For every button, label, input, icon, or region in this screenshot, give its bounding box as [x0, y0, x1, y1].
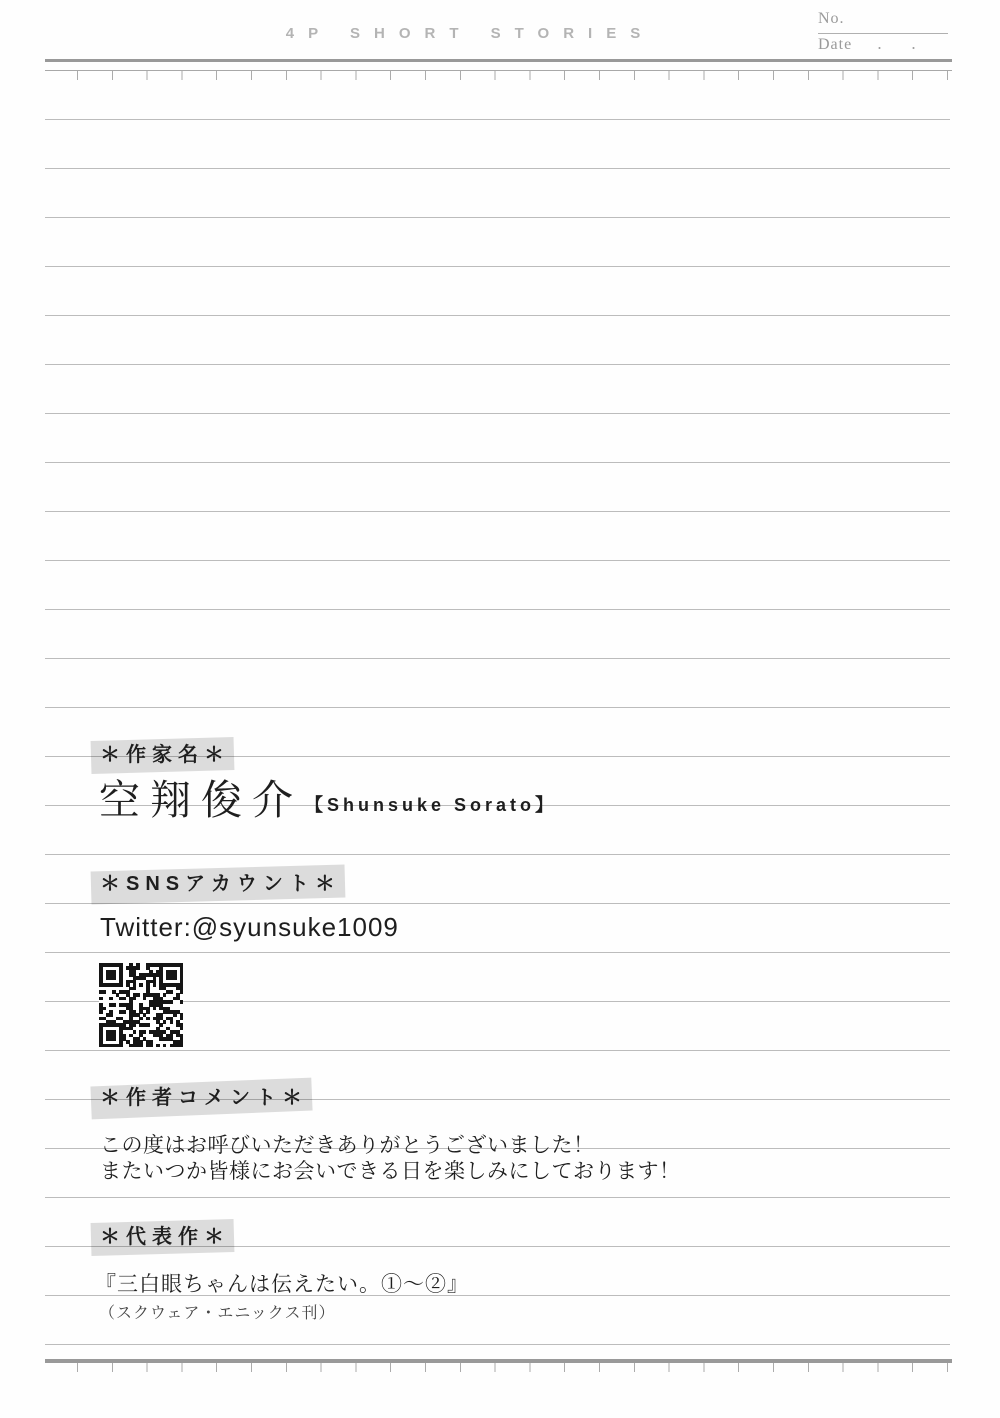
author-name-section-label: ＊作家名＊: [100, 742, 230, 768]
author-name-romaji: 【Shunsuke Sorato】: [305, 791, 557, 817]
twitter-handle: Twitter:@syunsuke1009: [100, 912, 399, 943]
date-separator-dot: ・: [874, 40, 885, 56]
page-title: 4P SHORT STORIES: [0, 25, 940, 42]
no-field-underline: [818, 33, 948, 34]
author-name-japanese: 空翔俊介: [99, 777, 303, 824]
author-comment-line: またいつか皆様にお会いできる日を楽しみにしております！: [100, 1159, 681, 1185]
author-comment-section-label: ＊作者コメント＊: [100, 1085, 308, 1111]
work-publisher: （スクウェア・エニックス刊）: [99, 1300, 336, 1323]
qr-code: [99, 963, 183, 1047]
sns-account-section-label: ＊SNSアカウント＊: [100, 871, 341, 897]
date-field-label: Date: [818, 36, 852, 54]
work-title: 『三白眼ちゃんは伝えたい。①〜②』: [95, 1268, 469, 1298]
author-comment-line: この度はお呼びいただきありがとうございました！: [100, 1133, 681, 1159]
representative-works-section-label: ＊代表作＊: [100, 1224, 230, 1250]
author-comment: この度はお呼びいただきありがとうございました！ またいつか皆様にお会いできる日を…: [100, 1133, 681, 1185]
author-name: 空翔俊介 【Shunsuke Sorato】: [99, 777, 557, 824]
date-separator-dot: ・: [908, 40, 919, 56]
notebook-page: 4P SHORT STORIES No. Date ・ ・ ＊作家名＊ 空翔俊介…: [0, 0, 1000, 1418]
no-field-label: No.: [818, 10, 845, 28]
bottom-ruler-ticks: [77, 1363, 949, 1372]
top-ruler-thick-line: [45, 59, 952, 62]
